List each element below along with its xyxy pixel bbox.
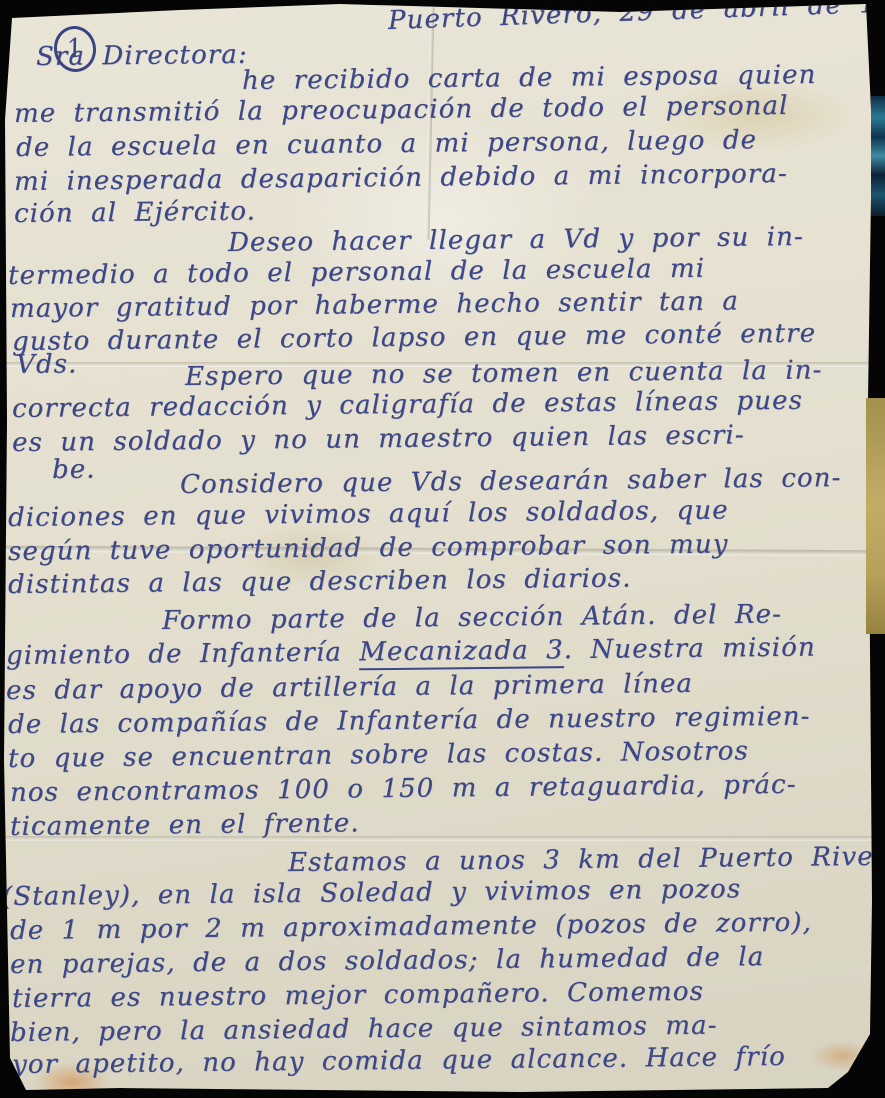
letter-line: termedio a todo el personal de la escuel…	[8, 254, 705, 291]
letter-line: en parejas, de a dos soldados; la humeda…	[10, 942, 765, 980]
letter-line: to que se encuentran sobre las costas. N…	[8, 736, 749, 774]
letter-line: nos encontramos 100 o 150 m a retaguardi…	[10, 770, 797, 808]
letter-line: yor apetito, no hay comida que alcance. …	[12, 1042, 786, 1080]
letter-line: Deseo hacer llegar a Vd y por su in-	[228, 222, 804, 258]
letter-line: Formo parte de la sección Atán. del Re-	[162, 600, 782, 636]
letter-line: mi inesperada desaparición debido a mi i…	[14, 159, 788, 197]
letter-line: diciones en que vivimos aquí los soldado…	[8, 495, 729, 533]
adjacent-photo-fragment	[871, 96, 885, 216]
letter-line: gusto durante el corto lapso en que me c…	[12, 319, 816, 357]
letter-line: Considero que Vds desearán saber las con…	[180, 463, 842, 500]
letter-line: ticamente en el frente.	[10, 808, 360, 842]
letter-line: es dar apoyo de artillería a la primera …	[6, 669, 693, 706]
letter-line: bien, pero la ansiedad hace que sintamos…	[10, 1011, 718, 1048]
letter-line: de la escuela en cuanto a mi persona, lu…	[16, 125, 757, 163]
letter-line-segment: . Nuestra misión	[564, 633, 816, 666]
dateline: Puerto Rivero, 29 de abril de 1982	[387, 0, 885, 36]
letter-line: tierra es nuestro mejor compañero. Comem…	[12, 977, 704, 1014]
adjacent-paper-fragment	[866, 398, 885, 634]
letter-line: de 1 m por 2 m aproximadamente (pozos de…	[10, 908, 812, 946]
letter-line: distintas a las que describen los diario…	[8, 563, 632, 600]
letter-line: correcta redacción y caligrafía de estas…	[12, 386, 803, 424]
letter-line: Vds.	[16, 349, 78, 380]
scanned-letter-page: 1 Puerto Rivero, 29 de abril de 1982 Sra…	[0, 0, 885, 1098]
letter-line: be.	[52, 455, 96, 485]
salutation: Sra Directora:	[36, 40, 248, 72]
letter-line: me transmitió la preocupación de todo el…	[14, 91, 789, 129]
letter-paper-sheet: 1 Puerto Rivero, 29 de abril de 1982 Sra…	[0, 0, 885, 1098]
letter-line: según tuve oportunidad de comprobar son …	[8, 529, 729, 567]
underlined-text: Mecanizada 3	[359, 635, 564, 670]
letter-line: de las compañías de Infantería de nuestr…	[8, 702, 811, 740]
letter-line: mayor gratitud por haberme hecho sentir …	[10, 286, 739, 324]
letter-line: (Stanley), en la isla Soledad y vivimos …	[2, 874, 741, 912]
letter-line: es un soldado y no un maestro quien las …	[12, 420, 745, 458]
letter-line-segment: gimiento de Infantería	[6, 637, 360, 671]
letter-line: gimiento de Infantería Mecanizada 3. Nue…	[6, 633, 816, 671]
letter-line: ción al Ejército.	[14, 196, 256, 229]
letter-line: Estamos a unos 3 km del Puerto Rivero	[288, 842, 885, 878]
